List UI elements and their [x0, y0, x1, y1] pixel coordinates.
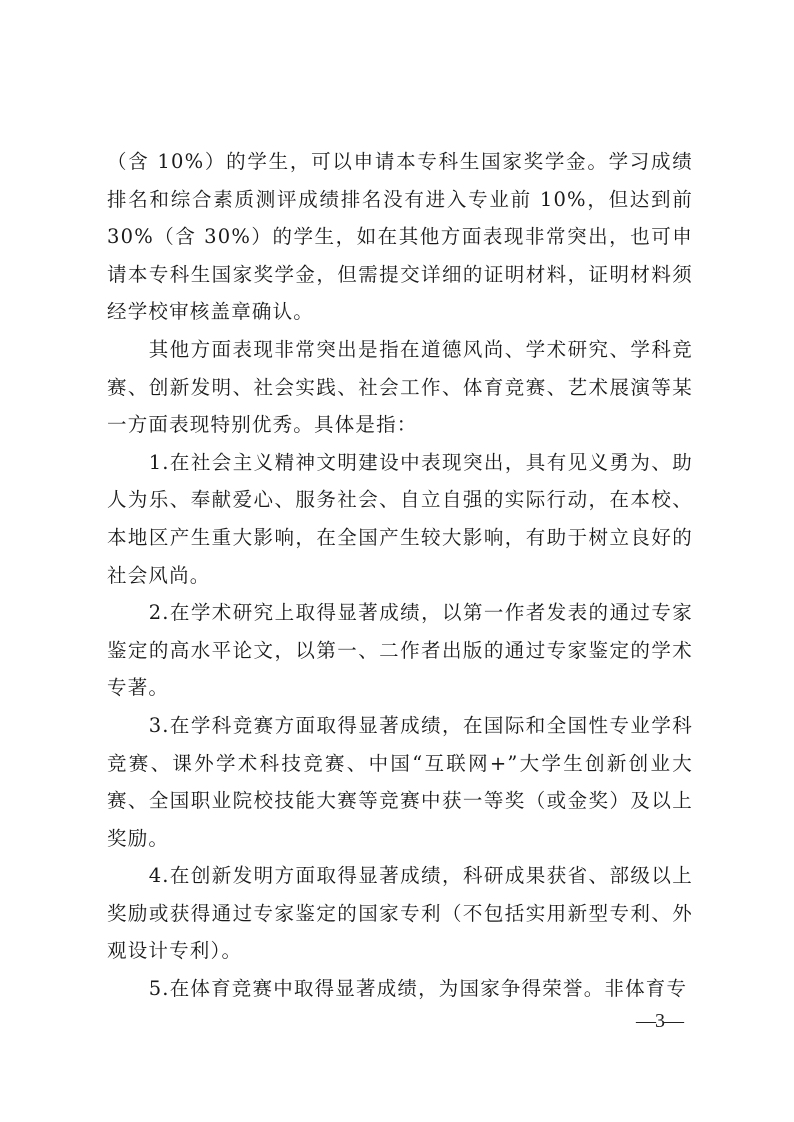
list-item-1: 1.在社会主义精神文明建设中表现突出，具有见义勇为、助人为乐、奉献爱心、服务社会…	[107, 444, 693, 594]
page-number: —3—	[636, 1010, 683, 1033]
list-item-2: 2.在学术研究上取得显著成绩，以第一作者发表的通过专家鉴定的高水平论文，以第一、…	[107, 594, 693, 707]
paragraph-continuation: （含 10%）的学生，可以申请本专科生国家奖学金。学习成绩排名和综合素质测评成绩…	[107, 143, 693, 331]
paragraph-definition: 其他方面表现非常突出是指在道德风尚、学术研究、学科竞赛、创新发明、社会实践、社会…	[107, 331, 693, 444]
list-item-4: 4.在创新发明方面取得显著成绩，科研成果获省、部级以上奖励或获得通过专家鉴定的国…	[107, 857, 693, 970]
document-body: （含 10%）的学生，可以申请本专科生国家奖学金。学习成绩排名和综合素质测评成绩…	[107, 143, 693, 1008]
list-item-3: 3.在学科竞赛方面取得显著成绩，在国际和全国性专业学科竞赛、课外学术科技竞赛、中…	[107, 707, 693, 857]
list-item-5: 5.在体育竞赛中取得显著成绩，为国家争得荣誉。非体育专	[107, 970, 693, 1008]
